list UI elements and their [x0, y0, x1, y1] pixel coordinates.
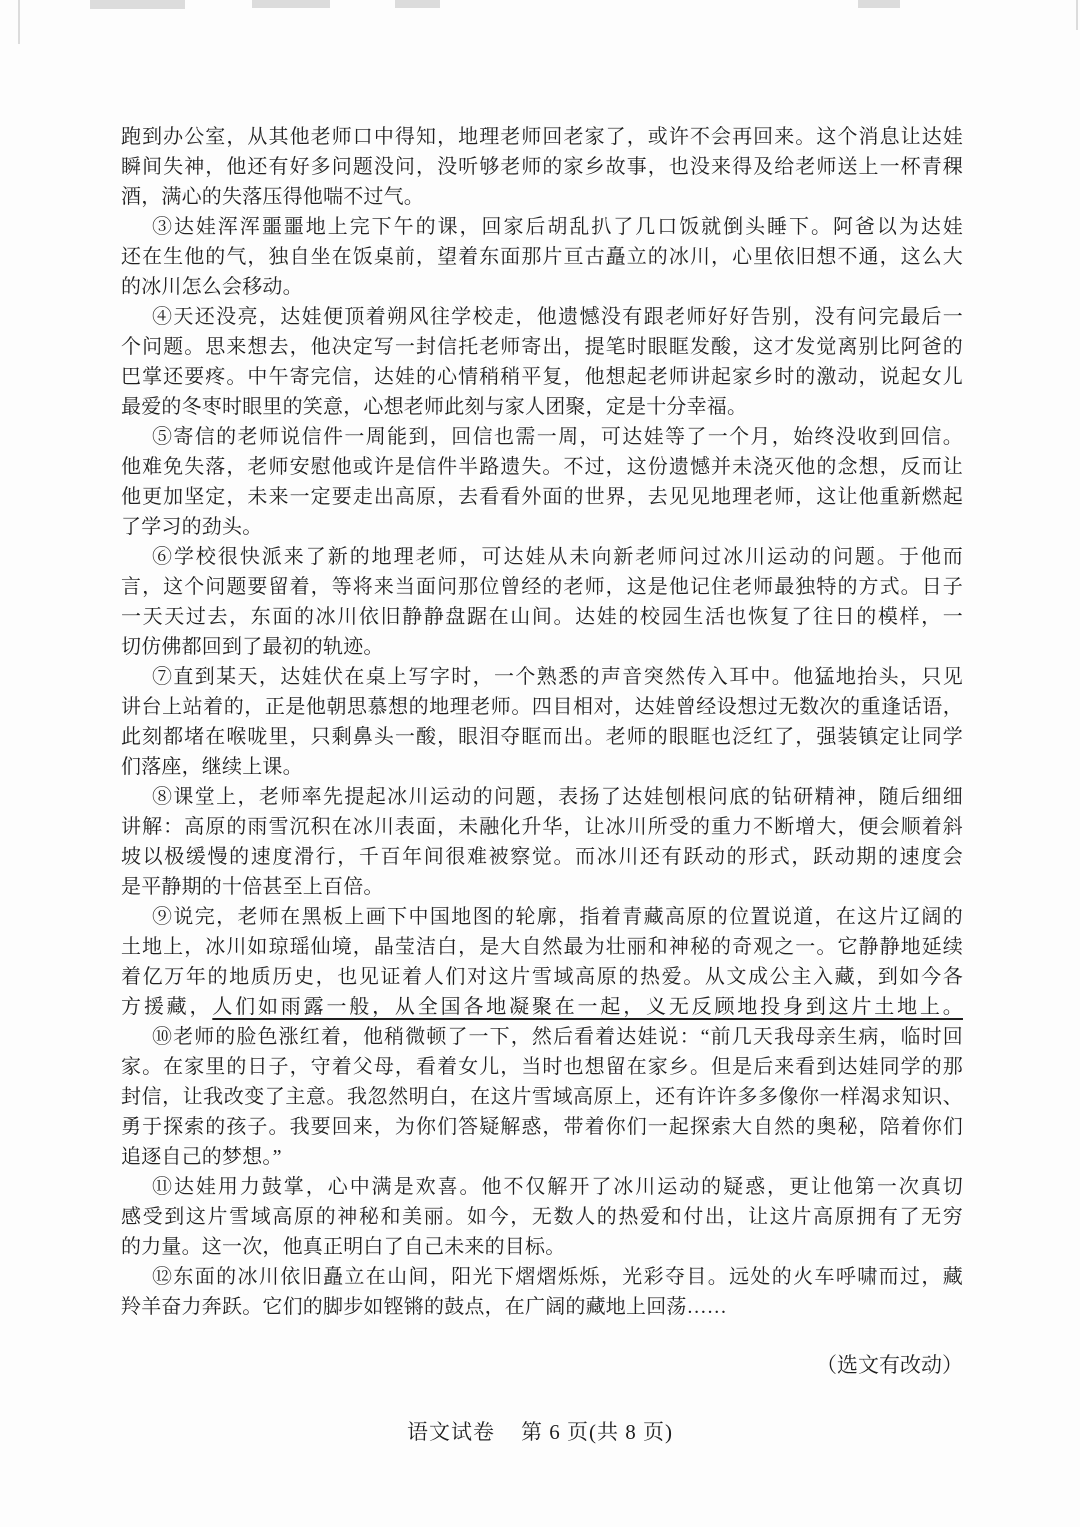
underlined-sentence: 人们如雨露一般，从全国各地凝聚在一起，义无反顾地投身到这片土地上。: [212, 996, 963, 1018]
text-line: 讲解：高原的雨雪沉积在冰川表面，未融化升华，让冰川所受的重力不断增大，便会顺着斜: [121, 812, 963, 842]
attribution-note: （选文有改动）: [121, 1350, 963, 1380]
scan-artifact: [90, 0, 185, 9]
passage-body: 跑到办公室，从其他老师口中得知，地理老师回老家了，或许不会再回来。这个消息让达娃…: [121, 122, 963, 1380]
text-line: 一天天过去，东面的冰川依旧静静盘踞在山间。达娃的校园生活也恢复了往日的模样，一: [121, 602, 963, 632]
text-line: 巴掌还要疼。中午寄完信，达娃的心情稍稍平复，他想起老师讲起家乡时的激动，说起女儿: [121, 362, 963, 392]
text-line: 感受到这片雪域高原的神秘和美丽。如今，无数人的热爱和付出，让这片高原拥有了无穷: [121, 1202, 963, 1232]
text-line: 坡以极缓慢的速度滑行，千百年间很难被察觉。而冰川还有跃动的形式，跃动期的速度会: [121, 842, 963, 872]
text-line: 封信，让我改变了主意。我忽然明白，在这片雪域高原上，还有许许多多像你一样渴求知识…: [121, 1082, 963, 1112]
text-segment: 方援藏，: [121, 996, 212, 1018]
scan-artifact: [18, 0, 20, 44]
page-number: 第 6 页(共 8 页): [521, 1420, 673, 1444]
scan-artifact: [858, 0, 900, 8]
text-line: ③达娃浑浑噩噩地上完下午的课，回家后胡乱扒了几口饭就倒头睡下。阿爸以为达娃: [121, 212, 963, 242]
text-line: ⑪达娃用力鼓掌，心中满是欢喜。他不仅解开了冰川运动的疑惑，更让他第一次真切: [121, 1172, 963, 1202]
text-line: 切仿佛都回到了最初的轨迹。: [121, 632, 963, 662]
text-line: 了学习的劲头。: [121, 512, 963, 542]
exam-paper-page: 跑到办公室，从其他老师口中得知，地理老师回老家了，或许不会再回来。这个消息让达娃…: [0, 0, 1080, 1527]
scan-artifact: [252, 0, 330, 8]
text-line: 最爱的冬枣时眼里的笑意，心想老师此刻与家人团聚，定是十分幸福。: [121, 392, 963, 422]
text-line: 此刻都堵在喉咙里，只剩鼻头一酸，眼泪夺眶而出。老师的眼眶也泛红了，强装镇定让同学: [121, 722, 963, 752]
text-line: 瞬间失神，他还有好多问题没问，没听够老师的家乡故事，也没来得及给老师送上一杯青稞: [121, 152, 963, 182]
text-line: 他难免失落，老师安慰他或许是信件半路遗失。不过，这份遗憾并未浇灭他的念想，反而让: [121, 452, 963, 482]
text-line: 他更加坚定，未来一定要走出高原，去看看外面的世界，去见见地理老师，这让他重新燃起: [121, 482, 963, 512]
text-line: ④天还没亮，达娃便顶着朔风往学校走，他遗憾没有跟老师好好告别，没有问完最后一: [121, 302, 963, 332]
exam-name: 语文试卷: [407, 1420, 495, 1444]
text-line: 是平静期的十倍甚至上百倍。: [121, 872, 963, 902]
passage-lines: 跑到办公室，从其他老师口中得知，地理老师回老家了，或许不会再回来。这个消息让达娃…: [121, 122, 963, 1322]
text-line: 土地上，冰川如琼瑶仙境，晶莹洁白，是大自然最为壮丽和神秘的奇观之一。它静静地延续: [121, 932, 963, 962]
page-footer: 语文试卷第 6 页(共 8 页): [0, 1416, 1080, 1446]
text-line: 讲台上站着的，正是他朝思慕想的地理老师。四目相对，达娃曾经设想过无数次的重逢话语…: [121, 692, 963, 722]
text-line: ⑧课堂上，老师率先提起冰川运动的问题，表扬了达娃刨根问底的钻研精神，随后细细: [121, 782, 963, 812]
text-line: ⑦直到某天，达娃伏在桌上写字时，一个熟悉的声音突然传入耳中。他猛地抬头，只见: [121, 662, 963, 692]
text-line: 们落座，继续上课。: [121, 752, 963, 782]
text-line: 追逐自己的梦想。”: [121, 1142, 963, 1172]
text-line: 还在生他的气，独自坐在饭桌前，望着东面那片亘古矗立的冰川，心里依旧想不通，这么大: [121, 242, 963, 272]
text-line: 方援藏，人们如雨露一般，从全国各地凝聚在一起，义无反顾地投身到这片土地上。: [121, 992, 963, 1022]
text-line: 的冰川怎么会移动。: [121, 272, 963, 302]
text-line: ⑤寄信的老师说信件一周能到，回信也需一周，可达娃等了一个月，始终没收到回信。: [121, 422, 963, 452]
text-line: ⑥学校很快派来了新的地理老师，可达娃从未向新老师问过冰川运动的问题。于他而: [121, 542, 963, 572]
scan-artifact: [1076, 0, 1078, 30]
text-line: 着亿万年的地质历史，也见证着人们对这片雪域高原的热爱。从文成公主入藏，到如今各: [121, 962, 963, 992]
text-line: 个问题。思来想去，他决定写一封信托老师寄出，提笔时眼眶发酸，这才发觉离别比阿爸的: [121, 332, 963, 362]
text-line: 酒，满心的失落压得他喘不过气。: [121, 182, 963, 212]
text-line: 的力量。这一次，他真正明白了自己未来的目标。: [121, 1232, 963, 1262]
text-line: ⑨说完，老师在黑板上画下中国地图的轮廓，指着青藏高原的位置说道，在这片辽阔的: [121, 902, 963, 932]
text-line: ⑫东面的冰川依旧矗立在山间，阳光下熠熠烁烁，光彩夺目。远处的火车呼啸而过，藏: [121, 1262, 963, 1292]
text-line: ⑩老师的脸色涨红着，他稍微顿了一下，然后看着达娃说：“前几天我母亲生病，临时回: [121, 1022, 963, 1052]
text-line: 跑到办公室，从其他老师口中得知，地理老师回老家了，或许不会再回来。这个消息让达娃: [121, 122, 963, 152]
text-line: 家。在家里的日子，守着父母，看着女儿，当时也想留在家乡。但是后来看到达娃同学的那: [121, 1052, 963, 1082]
scan-artifact: [395, 0, 440, 8]
text-line: 羚羊奋力奔跃。它们的脚步如铿锵的鼓点，在广阔的藏地上回荡……: [121, 1292, 963, 1322]
text-line: 言，这个问题要留着，等将来当面问那位曾经的老师，这是他记住老师最独特的方式。日子: [121, 572, 963, 602]
text-line: 勇于探索的孩子。我要回来，为你们答疑解惑，带着你们一起探索大自然的奥秘，陪着你们: [121, 1112, 963, 1142]
